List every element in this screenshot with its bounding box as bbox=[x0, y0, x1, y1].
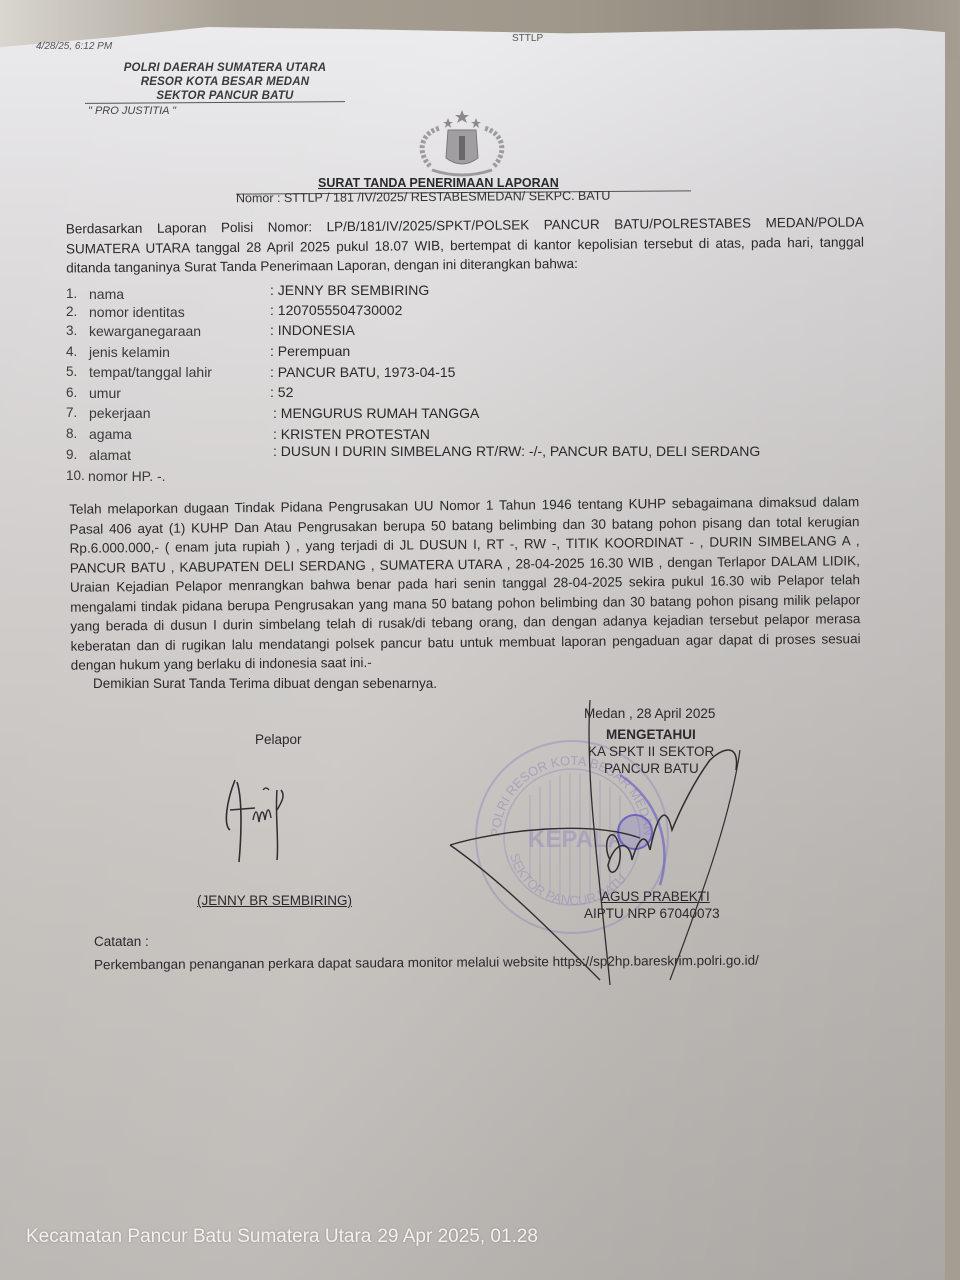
geotag-location: Kecamatan Pancur Batu Sumatera Utara bbox=[26, 1226, 371, 1247]
field-number: 6. bbox=[66, 385, 77, 400]
polri-emblem-icon bbox=[412, 108, 512, 180]
notes-label: Catatan : bbox=[94, 934, 149, 949]
field-label: agama bbox=[89, 426, 132, 442]
field-label: jenis kelamin bbox=[89, 344, 170, 360]
field-number: 9. bbox=[66, 447, 77, 462]
document-number: Nomor : STTLP / 181 /IV/2025/ RESTABESME… bbox=[236, 189, 611, 206]
field-number: 4. bbox=[66, 344, 77, 359]
header-line-1: POLRI DAERAH SUMATERA UTARA bbox=[100, 62, 350, 74]
field-value: : KRISTEN PROTESTAN bbox=[273, 426, 430, 442]
header-line-2: RESOR KOTA BESAR MEDAN bbox=[100, 76, 350, 88]
field-number: 5. bbox=[66, 364, 77, 379]
reporter-signature-icon bbox=[215, 770, 315, 865]
officer-rank-nrp: AIPTU NRP 67040073 bbox=[584, 906, 720, 921]
field-value: : 52 bbox=[270, 384, 293, 400]
field-value: : INDONESIA bbox=[270, 322, 355, 338]
field-value: : MENGURUS RUMAH TANGGA bbox=[273, 405, 479, 421]
intro-paragraph: Berdasarkan Laporan Polisi Nomor: LP/B/1… bbox=[66, 213, 864, 278]
field-value: : 1207055504730002 bbox=[270, 302, 402, 318]
field-label: umur bbox=[89, 385, 121, 401]
header-line-3: SEKTOR PANCUR BATU bbox=[100, 90, 350, 102]
photo-geotag-caption: Kecamatan Pancur Batu Sumatera Utara29 A… bbox=[26, 1226, 538, 1248]
field-label: kewarganegaraan bbox=[89, 323, 201, 339]
geotag-datetime: 29 Apr 2025, 01.28 bbox=[377, 1226, 538, 1247]
field-number: 8. bbox=[66, 426, 77, 441]
print-timestamp: 4/28/25, 6:12 PM bbox=[36, 41, 112, 52]
field-label: nama bbox=[89, 286, 124, 302]
field-label: tempat/tanggal lahir bbox=[89, 364, 212, 380]
officer-name: AGUS PRABEKTI bbox=[601, 889, 710, 904]
field-value: : PANCUR BATU, 1973-04-15 bbox=[270, 364, 455, 380]
field-value: : Perempuan bbox=[270, 343, 350, 359]
field-label: alamat bbox=[89, 447, 131, 463]
document-title: SURAT TANDA PENERIMAAN LAPORAN bbox=[318, 176, 559, 190]
field-number: 10. bbox=[66, 468, 85, 483]
form-code: STTLP bbox=[512, 33, 543, 44]
reporter-role: Pelapor bbox=[255, 732, 302, 747]
officer-signature-icon bbox=[440, 700, 780, 990]
field-value: : DUSUN I DURIN SIMBELANG RT/RW: -/-, PA… bbox=[273, 443, 760, 459]
field-label: nomor identitas bbox=[89, 304, 185, 320]
field-value: : JENNY BR SEMBIRING bbox=[270, 282, 429, 298]
field-label: pekerjaan bbox=[89, 405, 151, 421]
field-number: 2. bbox=[66, 304, 77, 319]
pro-justitia: " PRO JUSTITIA " bbox=[88, 105, 176, 117]
field-number: 7. bbox=[66, 405, 77, 420]
field-number: 3. bbox=[66, 323, 77, 338]
field-number: 1. bbox=[66, 286, 77, 301]
report-paragraph: Telah melaporkan dugaan Tindak Pidana Pe… bbox=[69, 492, 861, 675]
reporter-name: (JENNY BR SEMBIRING) bbox=[197, 893, 352, 908]
field-label: nomor HP. -. bbox=[88, 468, 166, 484]
closing-statement: Demikian Surat Tanda Terima dibuat denga… bbox=[93, 676, 437, 691]
